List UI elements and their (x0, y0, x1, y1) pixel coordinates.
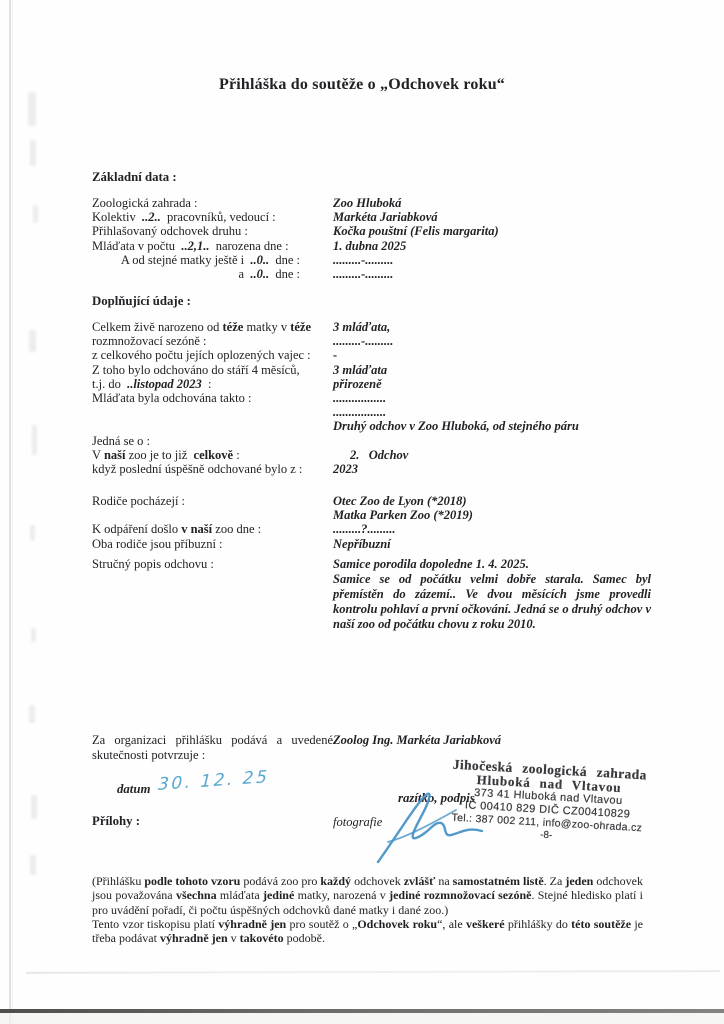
form-row: Matka Parken Zoo (*2019) (92, 508, 652, 522)
field-value: 3 mláďata, (333, 320, 390, 334)
form-row: Přihlašovaný odchovek druhu : Kočka pouš… (92, 224, 652, 238)
scan-smudge (32, 425, 37, 455)
scan-smudge (30, 140, 36, 166)
scan-smudge (31, 795, 37, 819)
field-value: 2. Odchov (333, 448, 408, 462)
field-label: K odpáření došlo v naší zoo dne : (92, 522, 333, 536)
scan-smudge (30, 525, 35, 541)
signature-scribble (372, 786, 522, 875)
scan-edge-line (9, 0, 11, 1024)
form-row: když poslední úspěšně odchované bylo z :… (92, 462, 652, 476)
field-value: ................. (333, 405, 386, 419)
form-row: Druhý odchov v Zoo Hluboká, od stejného … (92, 419, 652, 433)
footer-note: (Přihlášku podle tohoto vzoru podává zoo… (92, 874, 643, 945)
field-value: Kočka pouštní (Felis margarita) (333, 224, 499, 238)
scanned-application-form: Přihláška do soutěže o „Odchovek roku“ Z… (0, 0, 724, 1024)
scan-smudge (28, 92, 36, 126)
form-row: V naší zoo je to již celkově : 2. Odchov (92, 448, 652, 462)
field-label: Oba rodiče jsou příbuzní : (92, 537, 333, 551)
field-label: z celkového počtu jejích oplozených vaje… (92, 348, 333, 362)
form-row: a ..0.. dne : .........-......... (92, 267, 652, 281)
form-row: Oba rodiče jsou příbuzní : Nepříbuzní (92, 537, 652, 551)
scan-bottom-fade (0, 1013, 724, 1024)
description-label: Stručný popis odchovu : (92, 557, 333, 632)
form-row: Z toho bylo odchováno do stáří 4 měsíců,… (92, 363, 652, 377)
field-label: a ..0.. dne : (92, 267, 333, 281)
field-label (92, 508, 333, 522)
footer-paragraph-1: (Přihlášku podle tohoto vzoru podává zoo… (92, 874, 643, 917)
handwritten-date: 30. 12. 25 (158, 767, 270, 795)
section-basic: Zoologická zahrada : Zoo Hluboká Kolekti… (92, 196, 652, 281)
field-value: .........?......... (333, 522, 396, 536)
field-value: Otec Zoo de Lyon (*2018) (333, 494, 467, 508)
submitter-label: Za organizaci přihlášku podává a uvedené… (92, 733, 333, 762)
section-heading-additional: Doplňující údaje : (92, 294, 191, 309)
form-row: Mláďata v počtu ..2,1.. narozena dne : 1… (92, 239, 652, 253)
form-row: rozmnožovací sezóně : .........-........… (92, 334, 652, 348)
field-value: Nepříbuzní (333, 537, 391, 551)
field-label: Kolektiv ..2.. pracovníků, vedoucí : (92, 210, 333, 224)
field-value: Matka Parken Zoo (*2019) (333, 508, 473, 522)
scan-faint-line (26, 970, 720, 974)
form-row: A od stejné matky ještě i ..0.. dne : ..… (92, 253, 652, 267)
attachments-label: Přílohy : (92, 814, 140, 829)
field-label: Mláďata byla odchována takto : (92, 391, 333, 405)
section-additional: Celkem živě narozeno od téže matky v též… (92, 320, 652, 476)
section-parents: Rodiče pocházejí : Otec Zoo de Lyon (*20… (92, 494, 652, 551)
field-label: Přihlašovaný odchovek druhu : (92, 224, 333, 238)
field-value: .........-......... (333, 253, 393, 267)
form-row: ................. (92, 405, 652, 419)
field-label: t.j. do ..listopad 2023 : (92, 377, 333, 391)
field-value: ................. (333, 391, 386, 405)
field-value: 2023 (333, 462, 358, 476)
form-row: t.j. do ..listopad 2023 : přirozeně (92, 377, 652, 391)
scan-smudge (33, 205, 38, 223)
field-label: A od stejné matky ještě i ..0.. dne : (92, 253, 333, 267)
form-row: Mláďata byla odchována takto : .........… (92, 391, 652, 405)
scan-smudge (30, 855, 36, 875)
field-label (92, 405, 333, 419)
attachments-value: fotografie (333, 815, 382, 830)
section-description: Stručný popis odchovu : Samice porodila … (92, 557, 652, 632)
field-value: 1. dubna 2025 (333, 239, 406, 253)
scan-smudge (29, 705, 35, 723)
field-label: rozmnožovací sezóně : (92, 334, 333, 348)
field-value: Druhý odchov v Zoo Hluboká, od stejného … (333, 419, 579, 433)
form-row: Kolektiv ..2.. pracovníků, vedoucí : Mar… (92, 210, 652, 224)
scan-edge-line-2 (12, 0, 13, 1024)
form-row: Zoologická zahrada : Zoo Hluboká (92, 196, 652, 210)
field-label: Jedná se o : (92, 434, 333, 448)
form-row: K odpáření došlo v naší zoo dne : ......… (92, 522, 652, 536)
section-submitter: Za organizaci přihlášku podává a uvedené… (92, 733, 652, 762)
scan-smudge (31, 628, 36, 642)
footer-paragraph-2: Tento vzor tiskopisu platí výhradně jen … (92, 917, 643, 946)
field-value: přirozeně (333, 377, 382, 391)
field-label: V naší zoo je to již celkově : (92, 448, 333, 462)
section-heading-basic: Základní data : (92, 170, 177, 185)
form-row: Jedná se o : (92, 434, 652, 448)
field-value: Zoo Hluboká (333, 196, 401, 210)
field-value: .........-......... (333, 334, 393, 348)
field-value: - (333, 348, 337, 362)
field-value: Markéta Jariabková (333, 210, 438, 224)
scan-smudge (29, 330, 36, 352)
page-title: Přihláška do soutěže o „Odchovek roku“ (0, 76, 724, 94)
form-row: Rodiče pocházejí : Otec Zoo de Lyon (*20… (92, 494, 652, 508)
field-label: Mláďata v počtu ..2,1.. narozena dne : (92, 239, 333, 253)
form-row: z celkového počtu jejích oplozených vaje… (92, 348, 652, 362)
field-label: Celkem živě narozeno od téže matky v též… (92, 320, 333, 334)
field-label (92, 419, 333, 433)
field-value: .........-......... (333, 267, 393, 281)
date-label: datum (117, 782, 150, 797)
field-label: Zoologická zahrada : (92, 196, 333, 210)
description-text: Samice porodila dopoledne 1. 4. 2025.Sam… (333, 557, 651, 632)
field-label: když poslední úspěšně odchované bylo z : (92, 462, 333, 476)
field-label: Z toho bylo odchováno do stáří 4 měsíců, (92, 363, 333, 377)
form-row: Celkem živě narozeno od téže matky v též… (92, 320, 652, 334)
field-value: 3 mláďata (333, 363, 387, 377)
field-label: Rodiče pocházejí : (92, 494, 333, 508)
